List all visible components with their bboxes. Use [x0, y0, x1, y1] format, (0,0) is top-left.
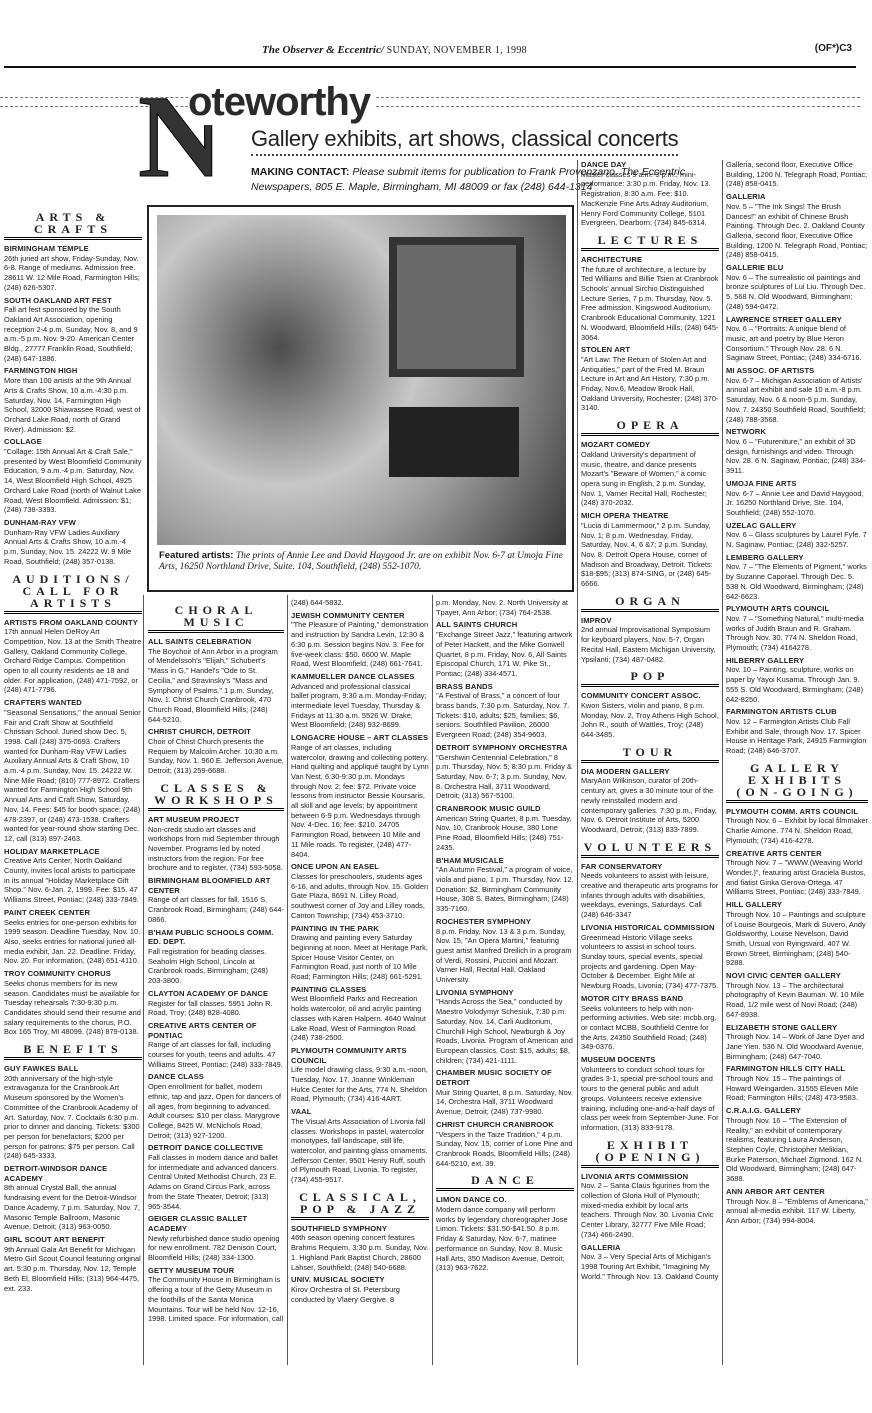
listing-item: TROY COMMUNITY CHORUSSeeks chorus member… [4, 969, 142, 1037]
listing-item: PAINTING IN THE PARKDrawing and painting… [291, 924, 429, 982]
listing-item: JEWISH COMMUNITY CENTER"The Pleasure of … [291, 611, 429, 669]
listing-heading: ALL SAINTS CELEBRATION [148, 637, 284, 647]
listing-text: "Collage: 15th Annual Art & Craft Sale,"… [4, 447, 142, 515]
listing-text: Nov. 3 – Very Special Arts of Michigan's… [581, 1252, 719, 1281]
listing-heading: CLAYTON ACADEMY OF DANCE [148, 989, 284, 999]
listing-text: 46th season opening concert features Bra… [291, 1233, 429, 1272]
listing-heading: GETTY MUSEUM TOUR [148, 1266, 284, 1276]
listing-text: Nov. 10 – Painting, sculpture, works on … [726, 665, 868, 704]
listing-item: LONGACRE HOUSE – ART CLASSESRange of art… [291, 733, 429, 859]
listing-item: LIMON DANCE CO.Modern dance company will… [436, 1195, 574, 1273]
listing-text: Range of art classes for fall. 1516 S. C… [148, 895, 284, 924]
listing-heading: PLYMOUTH COMM. ARTS COUNCIL [726, 807, 868, 817]
listing-item: DETROIT SYMPHONY ORCHESTRA"Gershwin Cent… [436, 743, 574, 801]
section-heading-classes-workshops: CLASSES & WORKSHOPS [148, 782, 284, 811]
featured-photo: Featured artists: The prints of Annie Le… [147, 205, 574, 592]
listing-heading: TROY COMMUNITY CHORUS [4, 969, 142, 979]
listing-text: "Vespers in the Taize Tradition," 4 p.m.… [436, 1130, 574, 1169]
listing-item: CHRIST CHURCH, DETROITChoir of Christ Ch… [148, 727, 284, 776]
listing-text: Classes for preschoolers, students ages … [291, 872, 429, 921]
listing-item: GIRL SCOUT ART BENEFIT9th Annual Gala Ar… [4, 1235, 142, 1293]
listing-heading: LIVONIA HISTORICAL COMMISSION [581, 923, 719, 933]
listing-text: 17th annual Helen DeRoy Art Competition,… [4, 627, 142, 695]
listing-text: "A Festival of Brass," a concert of four… [436, 691, 574, 740]
section-heading-dance: DANCE [436, 1174, 574, 1191]
listing-item: FARMINGTON HIGHMore than 100 artists at … [4, 366, 142, 434]
listing-text: Through Nov. 7 – "WWW.(Weaving World Won… [726, 858, 868, 897]
listing-text: Dunham-Ray VFW Ladies Auxiliary Annual A… [4, 528, 142, 567]
listing-text: Kwon Sisters, violin and piano, 8 p.m. M… [581, 701, 719, 740]
listing-item: FAR CONSERVATORYNeeds volunteers to assi… [581, 862, 719, 920]
listing-text: Through Nov. 15 – The paintings of Howar… [726, 1074, 868, 1103]
listing-item: PLYMOUTH ARTS COUNCILNov. 7 – "Something… [726, 604, 868, 653]
listing-item: ALL SAINTS CHURCH"Exchange Street Jazz,"… [436, 620, 574, 678]
listing-text: "Gershwin Centennial Celebration," 8 p.m… [436, 753, 574, 802]
listing-heading: GUY FAWKES BALL [4, 1064, 142, 1074]
listing-item: MICH OPERA THEATRE"Lucia di Lammermoor,"… [581, 511, 719, 589]
listing-heading: DETROIT SYMPHONY ORCHESTRA [436, 743, 574, 753]
listing-text: "Art Law: The Return of Stolen Art and A… [581, 355, 719, 413]
listing-text: Master classes 9 a.m.-3 p.m.; mini-perfo… [581, 170, 719, 228]
listing-heading: ARTISTS FROM OAKLAND COUNTY [4, 618, 142, 628]
listing-item: CHRIST CHURCH CRANBROOK"Vespers in the T… [436, 1120, 574, 1169]
listing-heading: DUNHAM-RAY VFW [4, 518, 142, 528]
listing-heading: GEIGER CLASSIC BALLET ACADEMY [148, 1214, 284, 1233]
listing-text: Through Nov. 13 – The architectural phot… [726, 981, 868, 1020]
listing-heading: HILBERRY GALLERY [726, 656, 868, 666]
listing-item: KAMMUELLER DANCE CLASSESAdvanced and pro… [291, 672, 429, 730]
listing-heading: LIVONIA ARTS COMMISSION [581, 1172, 719, 1182]
listing-text: Nov. 6 – The surrealistic oil paintings … [726, 273, 868, 312]
issue-date: SUNDAY, NOVEMBER 1, 1998 [387, 45, 527, 56]
listing-item: NOVI CIVIC CENTER GALLERYThrough Nov. 13… [726, 971, 868, 1020]
listing-text: Register for fall classes. 5951 John R. … [148, 999, 284, 1018]
listing-text: Through Nov. 10 – Paintings and sculptur… [726, 910, 868, 968]
listing-item: LIVONIA SYMPHONY"Hands Across the Sea," … [436, 988, 574, 1066]
listing-item: UMOJA FINE ARTSNov. 6-7 – Annie Lee and … [726, 479, 868, 518]
listing-heading: FARMINGTON ARTISTS CLUB [726, 707, 868, 717]
column-1: ARTS & CRAFTSBIRMINGHAM TEMPLE26th jurie… [4, 205, 142, 1296]
listing-text: Fall classes in modern dance and ballet … [148, 1153, 284, 1211]
listing-heading: LIVONIA SYMPHONY [436, 988, 574, 998]
listing-heading: FAR CONSERVATORY [581, 862, 719, 872]
listing-text: Volunteers to conduct school tours for g… [581, 1065, 719, 1133]
listing-item: CHAMBER MUSIC SOCIETY OF DETROITMuir Str… [436, 1068, 574, 1117]
listing-heading: CHRIST CHURCH CRANBROOK [436, 1120, 574, 1130]
listing-item: LAWRENCE STREET GALLERYNov. 6 – "Portrai… [726, 315, 868, 364]
listing-heading: GALLERIA [581, 1243, 719, 1253]
listing-heading: HOLIDAY MARKETPLACE [4, 847, 142, 857]
listing-text: Life model drawing class, 9:30 a.m.-noon… [291, 1065, 429, 1104]
listing-heading: GALLERIA [726, 192, 868, 202]
listing-heading: B'HAM MUSICALE [436, 856, 574, 866]
listing-heading: LAWRENCE STREET GALLERY [726, 315, 868, 325]
listing-heading: ELIZABETH STONE GALLERY [726, 1023, 868, 1033]
listing-item: ARCHITECTUREThe future of architecture, … [581, 255, 719, 342]
section-heading-exhibit-opening: EXHIBIT (OPENING) [581, 1139, 719, 1168]
listing-item: GUY FAWKES BALL20th anniversary of the h… [4, 1064, 142, 1161]
column-6: Galleria, second floor, Executive Office… [726, 160, 868, 1229]
listing-text: Modern dance company will perform works … [436, 1205, 574, 1273]
listing-item: CREATIVE ARTS CENTERThrough Nov. 7 – "WW… [726, 849, 868, 898]
listing-heading: JEWISH COMMUNITY CENTER [291, 611, 429, 621]
listing-item: UNIV. MUSICAL SOCIETYKirov Orchestra of … [291, 1275, 429, 1304]
listing-item: GALLERIANov. 5 – "The Ink Sings! The Bru… [726, 192, 868, 260]
listing-heading: NETWORK [726, 427, 868, 437]
listing-item: UZELAC GALLERYNov. 6 – Glass sculptures … [726, 521, 868, 550]
photo-painting [389, 237, 524, 377]
listing-text: Kirov Orchestra of St. Petersburg conduc… [291, 1285, 429, 1304]
listing-item: FARMINGTON ARTISTS CLUBNov. 12 – Farming… [726, 707, 868, 756]
listing-heading: PAINTING IN THE PARK [291, 924, 429, 934]
column-divider [577, 160, 578, 1365]
listing-item: ANN ARBOR ART CENTERThrough Nov. 8 – "Em… [726, 1187, 868, 1226]
listing-heading: VAAL [291, 1107, 429, 1117]
listing-heading: CRAFTERS WANTED [4, 698, 142, 708]
listing-text: Nov. 6 – Glass sculptures by Laurel Fyfe… [726, 530, 868, 549]
listing-item: DIA MODERN GALLERYMaryAnn Wilkinson, cur… [581, 767, 719, 835]
listing-heading: ARCHITECTURE [581, 255, 719, 265]
listing-text: Nov. 5 – "The Ink Sings! The Brush Dance… [726, 202, 868, 260]
listing-item: B'HAM MUSICALE"An Autumn Festival," a pr… [436, 856, 574, 914]
column-5: DANCE DAYMaster classes 9 a.m.-3 p.m.; m… [581, 160, 719, 1284]
section-heading-choral-music: CHORAL MUSIC [148, 604, 284, 633]
listing-item: GETTY MUSEUM TOURThe Community House in … [148, 1266, 284, 1324]
section-heading-volunteers: VOLUNTEERS [581, 841, 719, 858]
listing-text: Drawing and painting every Saturday begi… [291, 933, 429, 982]
listing-heading: PAINTING CLASSES [291, 985, 429, 995]
listing-item: HILBERRY GALLERYNov. 10 – Painting, scul… [726, 656, 868, 705]
listing-text: Needs volunteers to assist with leisure,… [581, 871, 719, 920]
column-divider [432, 595, 433, 1365]
listing-item: CRANBROOK MUSIC GUILDAmerican String Qua… [436, 804, 574, 853]
column-4: p.m. Monday, Nov. 2. North University at… [436, 598, 574, 1276]
listing-text: Nov. 2 – Santa Claus figurines from the … [581, 1181, 719, 1239]
listing-text: The future of architecture, a lecture by… [581, 265, 719, 343]
photo-pedestal [389, 407, 519, 477]
dotted-rule [0, 97, 860, 107]
listing-item: LEMBERG GALLERYNov. 7 – "The Elements of… [726, 553, 868, 602]
listing-heading: BIRMINGHAM TEMPLE [4, 244, 142, 254]
listing-item: ELIZABETH STONE GALLERYThrough Nov. 14 –… [726, 1023, 868, 1062]
section-heading-lectures: LECTURES [581, 234, 719, 251]
listing-heading: ART MUSEUM PROJECT [148, 815, 284, 825]
listing-item: COMMUNITY CONCERT ASSOC.Kwon Sisters, vi… [581, 691, 719, 740]
listing-item: Galleria, second floor, Executive Office… [726, 160, 868, 189]
listing-text: "Lucia di Lammermoor," 2 p.m. Sunday, No… [581, 521, 719, 589]
listing-heading: MICH OPERA THEATRE [581, 511, 719, 521]
listing-text: Nov. 7 – "The Elements of Pigment," work… [726, 562, 868, 601]
section-heading-tour: TOUR [581, 746, 719, 763]
listing-text: Fall art fest sponsored by the South Oak… [4, 305, 142, 363]
listing-text: Newly refurbished dance studio opening f… [148, 1234, 284, 1263]
listing-heading: UZELAC GALLERY [726, 521, 868, 531]
section-heading-benefits: BENEFITS [4, 1043, 142, 1060]
listing-item: p.m. Monday, Nov. 2. North University at… [436, 598, 574, 617]
listing-item: MI ASSOC. OF ARTISTSNov. 6-7 – Michigan … [726, 366, 868, 424]
listing-item: (248) 644-5832. [291, 598, 429, 608]
listing-item: LIVONIA HISTORICAL COMMISSIONGreenmead H… [581, 923, 719, 991]
listing-heading: IMPROV [581, 616, 719, 626]
listing-item: DANCE DAYMaster classes 9 a.m.-3 p.m.; m… [581, 160, 719, 228]
listing-item: HOLIDAY MARKETPLACECreative Arts Center,… [4, 847, 142, 905]
listing-item: FARMINGTON HILLS CITY HALLThrough Nov. 1… [726, 1064, 868, 1103]
column-divider [143, 595, 144, 1365]
top-rule [4, 66, 856, 68]
listing-item: NETWORKNov. 6 – "Futureniture," an exhib… [726, 427, 868, 476]
listing-heading: KAMMUELLER DANCE CLASSES [291, 672, 429, 682]
column-divider [287, 595, 288, 1365]
listing-text: More than 100 artists at the 9th Annual … [4, 376, 142, 434]
listing-text: "The Pleasure of Painting," demonstratio… [291, 620, 429, 669]
listing-text: 9th Annual Gala Art Benefit for Michigan… [4, 1245, 142, 1294]
listing-text: 2nd annual Improvisational Symposium for… [581, 625, 719, 664]
section-heading-organ: ORGAN [581, 595, 719, 612]
listing-item: PLYMOUTH COMM. ARTS COUNCILThrough Nov. … [726, 807, 868, 846]
listing-text: 8th annual Crystal Ball, the annual fund… [4, 1183, 142, 1232]
listing-heading: CREATIVE ARTS CENTER OF PONTIAC [148, 1021, 284, 1040]
listing-text: Nov. 6-7 – Michigan Association of Artis… [726, 376, 868, 425]
listing-item: PAINT CREEK CENTERSeeks entries for one-… [4, 908, 142, 966]
listing-text: Nov. 12 – Farmington Artists Club Fall E… [726, 717, 868, 756]
listing-heading: PAINT CREEK CENTER [4, 908, 142, 918]
contact-label: MAKING CONTACT: [251, 166, 349, 178]
listing-item: VAALThe Visual Arts Association of Livon… [291, 1107, 429, 1185]
listing-heading: DETROIT DANCE COLLECTIVE [148, 1143, 284, 1153]
listing-item: ALL SAINTS CELEBRATIONThe Boychoir of An… [148, 637, 284, 724]
listing-heading: COMMUNITY CONCERT ASSOC. [581, 691, 719, 701]
listing-item: MOTOR CITY BRASS BANDSeeks volunteers to… [581, 994, 719, 1052]
listing-heading: CHRIST CHURCH, DETROIT [148, 727, 284, 737]
listing-heading: DETROIT-WINDSOR DANCE ACADEMY [4, 1164, 142, 1183]
listing-heading: MI ASSOC. OF ARTISTS [726, 366, 868, 376]
listing-heading: DANCE DAY [581, 160, 719, 170]
listing-text: Seeks chorus members for its new season.… [4, 979, 142, 1037]
listing-heading: BRASS BANDS [436, 682, 574, 692]
listing-item: B'HAM PUBLIC SCHOOLS COMM. ED. DEPT.Fall… [148, 928, 284, 986]
listing-text: Choir of Christ Church presents the Requ… [148, 737, 284, 776]
section-heading-classical-pop-jazz: CLASSICAL, POP & JAZZ [291, 1191, 429, 1220]
listing-text: 20th anniversary of the high-style extra… [4, 1074, 142, 1161]
listing-heading: DANCE CLASS [148, 1072, 284, 1082]
listing-heading: ALL SAINTS CHURCH [436, 620, 574, 630]
listing-text: Through Nov. 8 – "Emblems of Americana,"… [726, 1197, 868, 1226]
listing-item: DETROIT DANCE COLLECTIVEFall classes in … [148, 1143, 284, 1211]
listing-heading: SOUTH OAKLAND ART FEST [4, 296, 142, 306]
listing-text: Advanced and professional classical ball… [291, 682, 429, 731]
listing-item: SOUTH OAKLAND ART FESTFall art fest spon… [4, 296, 142, 364]
listing-heading: NOVI CIVIC CENTER GALLERY [726, 971, 868, 981]
listing-heading: DIA MODERN GALLERY [581, 767, 719, 777]
listing-text: "An Autumn Festival," a program of voice… [436, 865, 574, 914]
listing-item: STOLEN ART"Art Law: The Return of Stolen… [581, 345, 719, 413]
section-heading-gallery-exhibits-on-going: GALLERY EXHIBITS (ON-GOING) [726, 762, 868, 803]
listing-item: GALLERIE BLUNov. 6 – The surrealistic oi… [726, 263, 868, 312]
listing-text: Range of art classes for fall, including… [148, 1040, 284, 1069]
listing-text: The Visual Arts Association of Livonia f… [291, 1117, 429, 1185]
listing-text: Nov. 6 – "Portraits: A unique blend of m… [726, 324, 868, 363]
listing-item: C.R.A.I.G. GALLERYThrough Nov. 16 – "The… [726, 1106, 868, 1184]
listing-text: Open enrollment for ballet, modern ethni… [148, 1082, 284, 1140]
listing-text: Galleria, second floor, Executive Office… [726, 160, 868, 189]
listing-text: Oakland University's department of music… [581, 450, 719, 508]
listing-heading: LEMBERG GALLERY [726, 553, 868, 563]
listing-text: Nov. 6-7 – Annie Lee and David Haygood, … [726, 489, 868, 518]
listing-item: DUNHAM-RAY VFWDunham-Ray VFW Ladies Auxi… [4, 518, 142, 567]
listing-heading: FARMINGTON HIGH [4, 366, 142, 376]
listing-text: 26th juried art show, Friday-Sunday, Nov… [4, 254, 142, 293]
listing-item: MOZART COMEDYOakland University's depart… [581, 440, 719, 508]
listing-item: MUSEUM DOCENTSVolunteers to conduct scho… [581, 1055, 719, 1133]
listing-item: COLLAGE"Collage: 15th Annual Art & Craft… [4, 437, 142, 515]
page-number: (OF*)C3 [815, 43, 852, 54]
section-heading-opera: OPERA [581, 419, 719, 436]
listing-item: CRAFTERS WANTED"Seasonal Sensations," th… [4, 698, 142, 844]
listing-text: Muir String Quartet, 8 p.m. Saturday, No… [436, 1088, 574, 1117]
listing-item: ART MUSEUM PROJECTNon-credit studio art … [148, 815, 284, 873]
section-heading-pop: POP [581, 670, 719, 687]
listing-item: BIRMINGHAM BLOOMFIELD ART CENTERRange of… [148, 876, 284, 925]
listing-item: IMPROV2nd annual Improvisational Symposi… [581, 616, 719, 665]
listing-text: Through Nov. 16 – "The Extension of Real… [726, 1116, 868, 1184]
listing-item: DETROIT-WINDSOR DANCE ACADEMY8th annual … [4, 1164, 142, 1232]
listing-heading: COLLAGE [4, 437, 142, 447]
listing-item: SOUTHFIELD SYMPHONY46th season opening c… [291, 1224, 429, 1273]
listing-item: ARTISTS FROM OAKLAND COUNTY17th annual H… [4, 618, 142, 696]
column-divider [722, 160, 723, 1365]
listing-text: (248) 644-5832. [291, 598, 429, 608]
listing-heading: MOTOR CITY BRASS BAND [581, 994, 719, 1004]
listing-heading: B'HAM PUBLIC SCHOOLS COMM. ED. DEPT. [148, 928, 284, 947]
listing-heading: HILL GALLERY [726, 900, 868, 910]
section-subtitle: Gallery exhibits, art shows, classical c… [251, 126, 678, 156]
listing-text: "Seasonal Sensations," the annual Senior… [4, 708, 142, 844]
listing-heading: ONCE UPON AN EASEL [291, 862, 429, 872]
listing-text: The Community House in Birmingham is off… [148, 1275, 284, 1324]
listing-heading: SOUTHFIELD SYMPHONY [291, 1224, 429, 1234]
listing-text: Through Nov. 6 – Exhibit by local filmma… [726, 816, 868, 845]
section-title: oteworthy [188, 80, 374, 125]
column-2: CHORAL MUSICALL SAINTS CELEBRATIONThe Bo… [148, 598, 284, 1327]
listing-heading: LONGACRE HOUSE – ART CLASSES [291, 733, 429, 743]
listing-item: CREATIVE ARTS CENTER OF PONTIACRange of … [148, 1021, 284, 1070]
paper-name: The Observer & Eccentric/ SUNDAY, NOVEMB… [262, 44, 527, 56]
listing-text: "Hands Across the Sea," conducted by Mae… [436, 997, 574, 1065]
listing-heading: PLYMOUTH COMMUNITY ARTS COUNCIL [291, 1046, 429, 1065]
listing-text: Fall registration for beading classes. S… [148, 947, 284, 986]
listing-heading: STOLEN ART [581, 345, 719, 355]
listing-heading: UNIV. MUSICAL SOCIETY [291, 1275, 429, 1285]
listing-item: HILL GALLERYThrough Nov. 10 – Paintings … [726, 900, 868, 968]
listing-item: DANCE CLASSOpen enrollment for ballet, m… [148, 1072, 284, 1140]
listing-item: BRASS BANDS"A Festival of Brass," a conc… [436, 682, 574, 740]
listing-item: PAINTING CLASSESWest Bloomfield Parks an… [291, 985, 429, 1043]
listing-text: Nov. 7 – "Something Natural," multi-medi… [726, 614, 868, 653]
listing-text: Greenmead Historic Village seeks volunte… [581, 933, 719, 991]
listing-heading: PLYMOUTH ARTS COUNCIL [726, 604, 868, 614]
photo-caption: Featured artists: The prints of Annie Le… [159, 550, 564, 573]
listing-text: West Bloomfield Parks and Recreation hol… [291, 994, 429, 1043]
listing-text: p.m. Monday, Nov. 2. North University at… [436, 598, 574, 617]
listing-text: Nov. 6 – "Futureniture," an exhibit of 3… [726, 437, 868, 476]
listing-text: Seeks volunteers to help with non-perfor… [581, 1004, 719, 1053]
listing-text: American String Quartet, 8 p.m. Tuesday,… [436, 814, 574, 853]
listing-heading: ROCHESTER SYMPHONY [436, 917, 574, 927]
listing-heading: ANN ARBOR ART CENTER [726, 1187, 868, 1197]
listing-text: Creative Arts Center, North Oakland Coun… [4, 856, 142, 905]
listing-item: CLAYTON ACADEMY OF DANCERegister for fal… [148, 989, 284, 1018]
listing-heading: UMOJA FINE ARTS [726, 479, 868, 489]
column-3: (248) 644-5832.JEWISH COMMUNITY CENTER"T… [291, 598, 429, 1307]
listing-text: Non-credit studio art classes and worksh… [148, 825, 284, 874]
listing-heading: MOZART COMEDY [581, 440, 719, 450]
listing-heading: GALLERIE BLU [726, 263, 868, 273]
listing-item: BIRMINGHAM TEMPLE26th juried art show, F… [4, 244, 142, 293]
listing-item: GALLERIANov. 3 – Very Special Arts of Mi… [581, 1243, 719, 1282]
listing-text: Through Nov. 14 – Work of Jane Dyer and … [726, 1032, 868, 1061]
listing-item: GEIGER CLASSIC BALLET ACADEMYNewly refur… [148, 1214, 284, 1263]
listing-item: ONCE UPON AN EASELClasses for preschoole… [291, 862, 429, 920]
listing-heading: CRANBROOK MUSIC GUILD [436, 804, 574, 814]
listing-text: The Boychoir of Ann Arbor in a program o… [148, 647, 284, 725]
listing-text: "Exchange Street Jazz," featuring artwor… [436, 630, 574, 679]
listing-heading: FARMINGTON HILLS CITY HALL [726, 1064, 868, 1074]
listing-text: Seeks entries for one-person exhibits fo… [4, 918, 142, 967]
listing-heading: GIRL SCOUT ART BENEFIT [4, 1235, 142, 1245]
listing-heading: CREATIVE ARTS CENTER [726, 849, 868, 859]
listing-item: ROCHESTER SYMPHONY8 p.m. Friday, Nov. 13… [436, 917, 574, 985]
listing-heading: MUSEUM DOCENTS [581, 1055, 719, 1065]
listing-heading: LIMON DANCE CO. [436, 1195, 574, 1205]
listing-heading: BIRMINGHAM BLOOMFIELD ART CENTER [148, 876, 284, 895]
listing-item: PLYMOUTH COMMUNITY ARTS COUNCILLife mode… [291, 1046, 429, 1104]
listing-text: MaryAnn Wilkinson, curator of 20th-centu… [581, 776, 719, 834]
listing-item: LIVONIA ARTS COMMISSIONNov. 2 – Santa Cl… [581, 1172, 719, 1240]
listing-text: Range of art classes, including watercol… [291, 743, 429, 859]
listing-heading: C.R.A.I.G. GALLERY [726, 1106, 868, 1116]
section-heading-auditions-call-for-artists: AUDITIONS/ CALL FOR ARTISTS [4, 573, 142, 614]
section-heading-arts-crafts: ARTS & CRAFTS [4, 211, 142, 240]
listing-heading: CHAMBER MUSIC SOCIETY OF DETROIT [436, 1068, 574, 1087]
listing-text: 8 p.m. Friday, Nov. 13 & 3 p.m. Sunday, … [436, 927, 574, 985]
